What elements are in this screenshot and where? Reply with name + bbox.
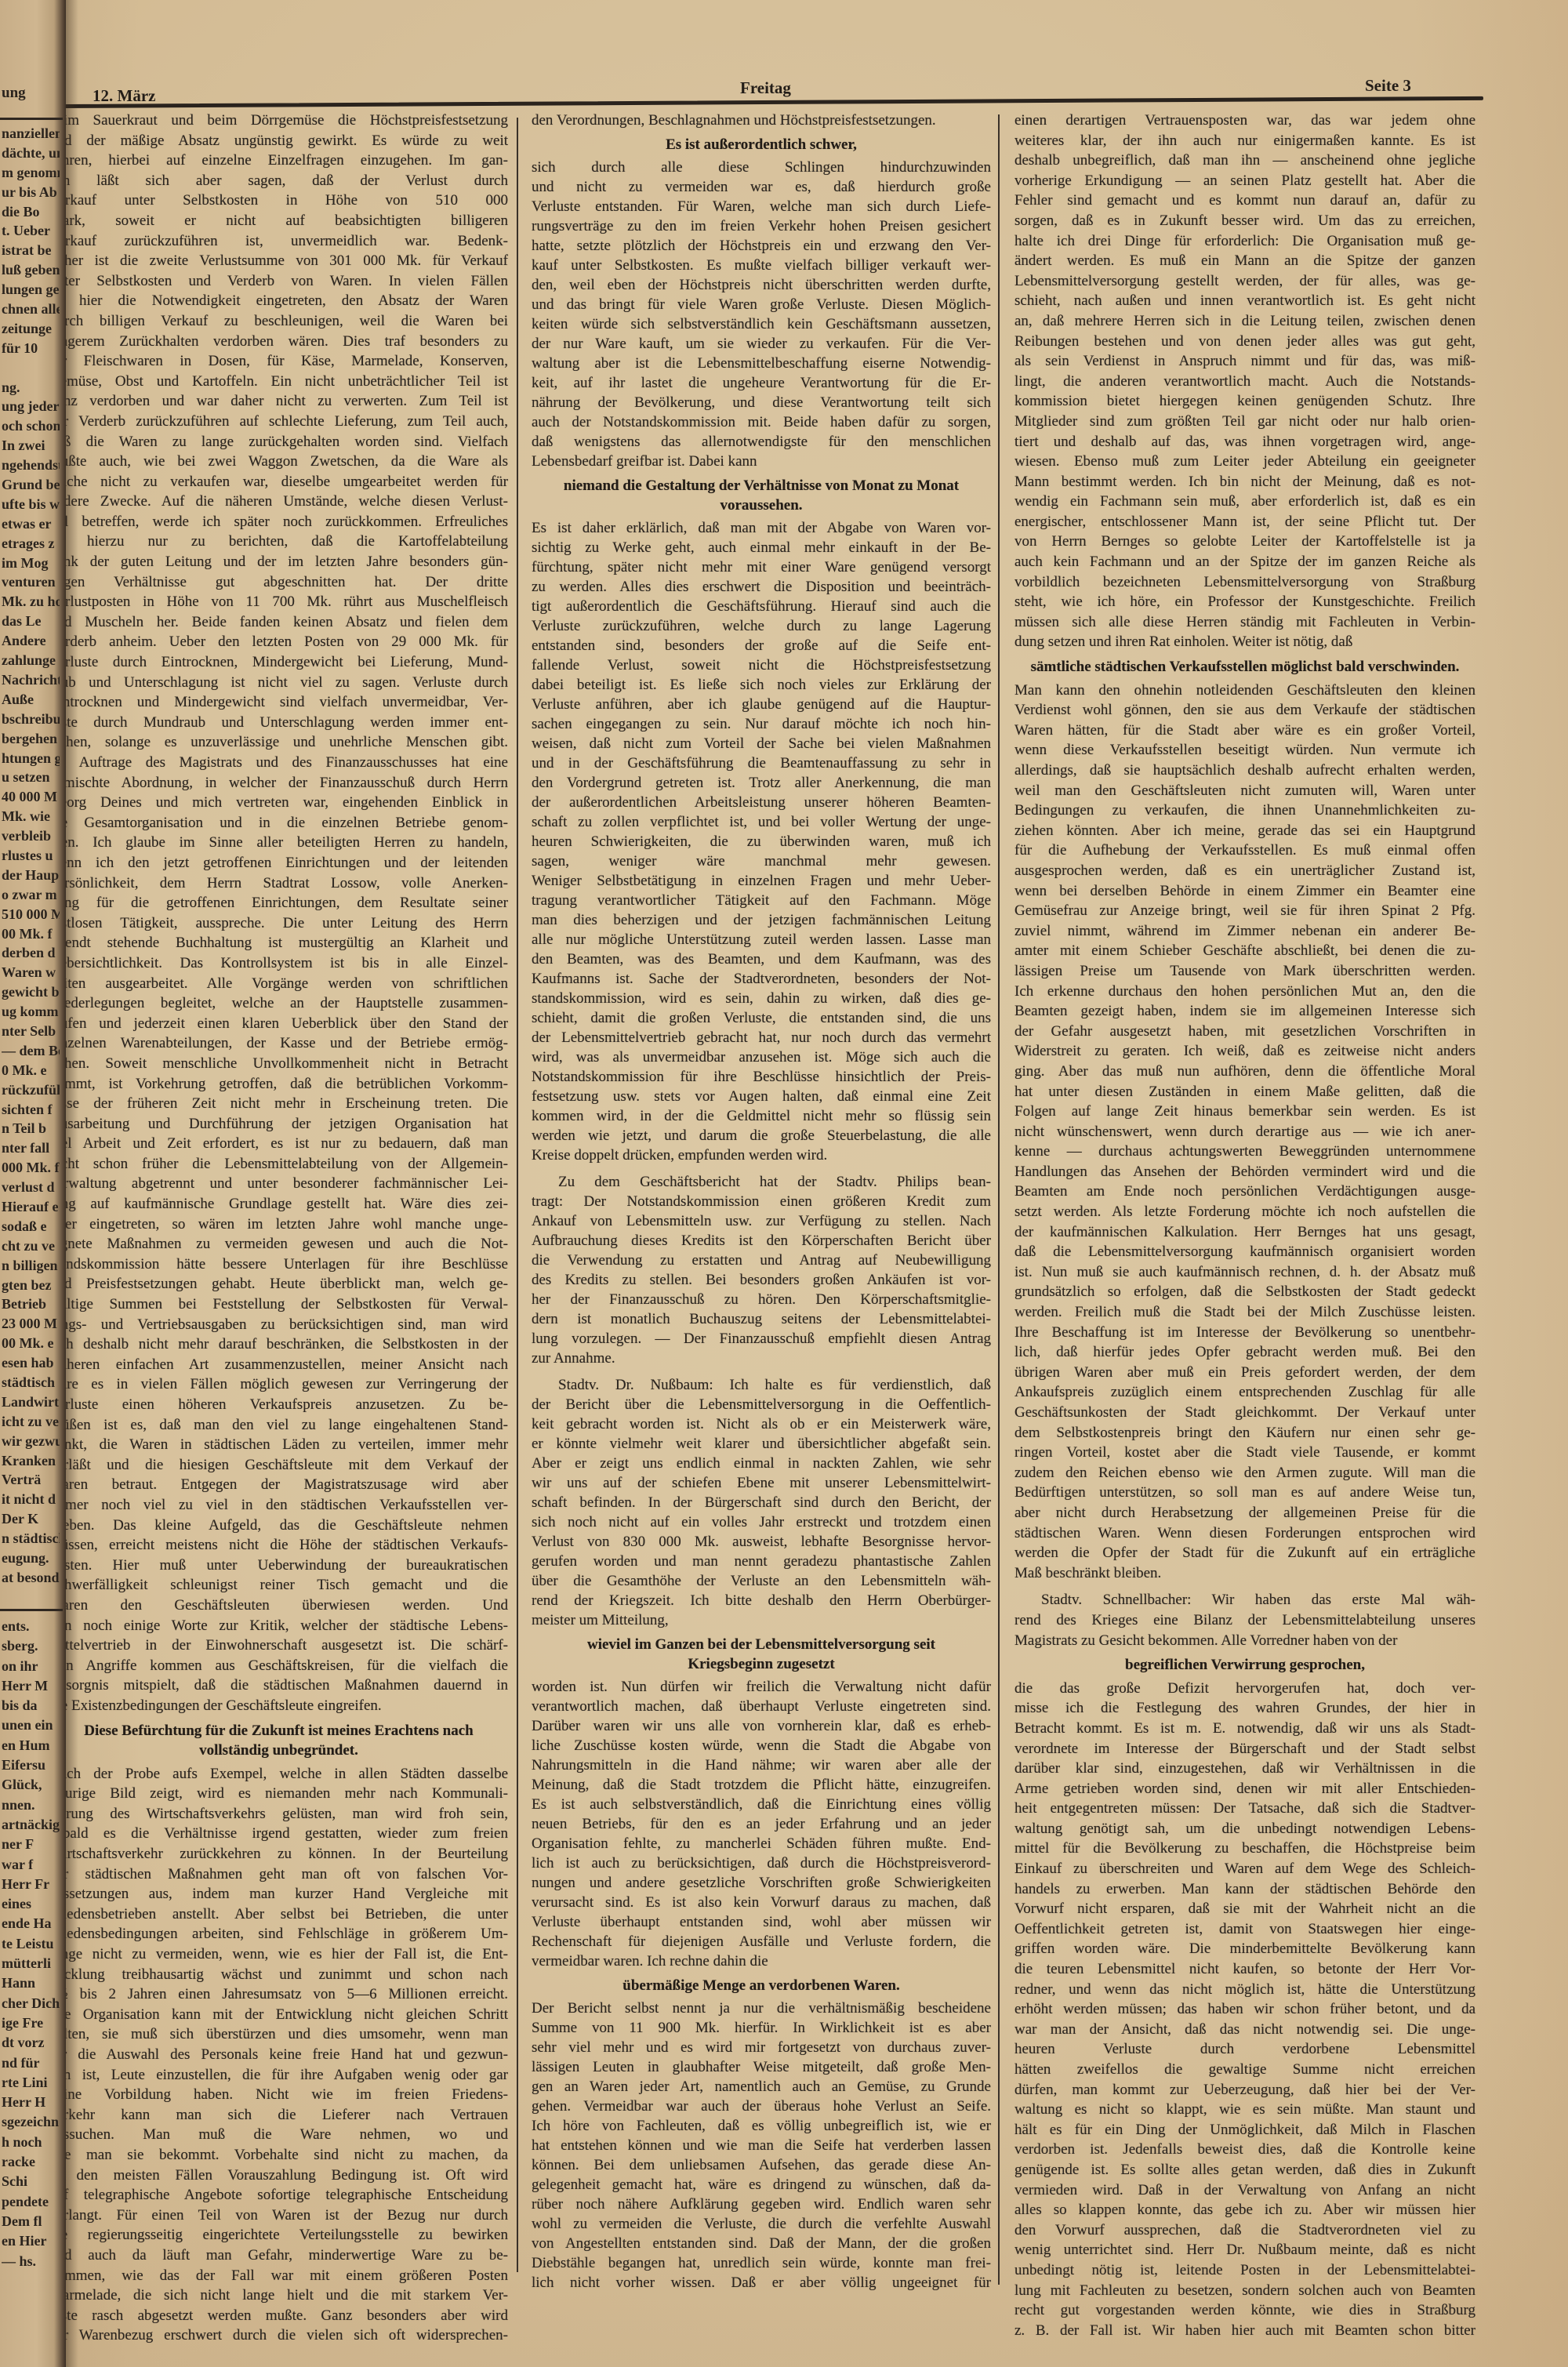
text-line: sich noch nicht auf ein volles Jahr erst… xyxy=(532,1512,991,1532)
text-line: wicklung treibhausartig wächst und zunim… xyxy=(49,1965,508,1985)
text-line: Gemüsefrau zur Anzeige bringt, weil sie … xyxy=(1014,901,1475,921)
text-line: und das bringt für viele Waren große Ver… xyxy=(532,295,991,314)
column-divider-1 xyxy=(517,118,518,2272)
fragment-line: racke xyxy=(2,2152,60,2172)
text-line: ist. Nun muß sie auch kaufmännisch rechn… xyxy=(1014,1262,1475,1283)
text-line: waltung es nicht so klappt, wie es sein … xyxy=(1014,2100,1475,2120)
text-line: waltung genötigt sah, um die unbedingt n… xyxy=(1014,1819,1475,1839)
text-line: gelegenheit gemacht hat, wäre es dringen… xyxy=(532,2175,991,2195)
text-line: Im Auftrage des Magistrats und des Finan… xyxy=(49,753,508,773)
fragment-line: en Hier xyxy=(2,2231,60,2251)
text-line: grundsätzlich so erfolgen, daß die Selbs… xyxy=(1014,1282,1475,1302)
text-line: Maß beschränkt bleiben. xyxy=(1014,1563,1475,1584)
page-number: Seite 3 xyxy=(1365,76,1411,96)
fragment-line: ung jeder xyxy=(2,397,60,416)
text-line: keit gebracht worden ist. Nicht als ob e… xyxy=(532,1414,991,1434)
binding-fold-shadow xyxy=(66,0,78,2367)
text-line: längerem Zurückhalten verdorben wären. D… xyxy=(49,332,508,352)
fragment-line: artnäckig xyxy=(2,1815,60,1835)
fragment-line: pendete xyxy=(2,2192,60,2212)
text-line: kommen, wie das der Fall war mit einem g… xyxy=(49,2266,508,2286)
fragment-line: 510 000 M xyxy=(2,905,60,924)
fragment-line: sichten f xyxy=(2,1100,60,1120)
fragment-line: 40 000 M xyxy=(2,787,60,807)
text-line: der nur Ware kauft, um sie wieder zu ver… xyxy=(532,334,991,354)
text-line: tung auf kaufmännische Grundlage gestell… xyxy=(49,1194,508,1214)
text-line: sachen eingegangen zu sein. Nur darauf m… xyxy=(532,714,991,734)
text-line: vermeidbar waren. Ich rechne dahin die xyxy=(532,1951,991,1971)
fragment-line: verlust d xyxy=(2,1178,60,1197)
text-line: ganz verdorben und war daher nicht zu ve… xyxy=(49,391,508,412)
text-line: wenig unterrichtet sind. Herr Dr. Nußbau… xyxy=(1014,2240,1475,2260)
text-line: rend der Kriegszeit. Ich bitte deshalb d… xyxy=(532,1591,991,1610)
fragment-line: 000 Mk. f xyxy=(2,1158,60,1178)
block-lines: begreiflichen Verwirrung gesprochen, xyxy=(1014,1655,1475,1675)
text-line: z. B. der Fall ist. Wir haben hier auch … xyxy=(1014,2321,1475,2341)
text-line: nicht wünschenswert, wenn durch derartig… xyxy=(1014,1122,1475,1142)
text-line: verordnete im Interesse der Bürgerschaft… xyxy=(1014,1739,1475,1759)
paragraph: Zu dem Geschäftsbericht hat der Stadtv. … xyxy=(532,1172,991,1368)
text-line: kenne — durchaus achtungswerten Beweggrü… xyxy=(1014,1142,1475,1162)
text-line: und der mäßige Absatz ungünstig gewirkt.… xyxy=(49,131,508,151)
text-line: Nahrungsmitteln in die Hand nähme; wir w… xyxy=(532,1755,991,1775)
text-line: daß wenigstens das allernotwendigste für… xyxy=(532,432,991,452)
text-line: tiger eingetreten, so wären im letzten J… xyxy=(49,1214,508,1235)
text-line: den Vordergrund getreten ist. Trotz alle… xyxy=(532,773,991,793)
text-line: Verkauf unter Selbstkosten in Höhe von 5… xyxy=(49,191,508,211)
text-line: Verluste zurückzuführen, welche durch zu… xyxy=(532,616,991,636)
text-line: können. Bei dem unliebsamen Aufsehen, da… xyxy=(532,2155,991,2175)
fragment-line: lungen ge xyxy=(2,280,60,300)
text-line: Georg Deines und mich vertreten war, ein… xyxy=(49,793,508,813)
text-line: sierung des Wirtschaftsverkehrs gelüsten… xyxy=(49,1804,508,1824)
fragment-line: derben d xyxy=(2,943,60,963)
text-line: keiten würde sich selbstverständlich kei… xyxy=(532,314,991,334)
text-line: sich deshalb nicht mehr darauf beschränk… xyxy=(49,1334,508,1355)
text-line: Verkauf zurückzuführen ist, unvermeidlic… xyxy=(49,231,508,252)
text-line: schieht, damit die großen Verluste, die … xyxy=(532,1008,991,1028)
column-divider-2 xyxy=(998,114,1000,2285)
fragment-line: eugung. xyxy=(2,1548,60,1568)
text-line: heuren Schwierigkeiten, die zu überwinde… xyxy=(532,832,991,851)
text-line: Bedingungen zu verkaufen, die ihnen Unan… xyxy=(1014,800,1475,821)
text-line: vorherige Erkundigung — an seinen Platz … xyxy=(1014,171,1475,191)
text-line: ändert werden. Es muß ein Mann an die Sp… xyxy=(1014,251,1475,271)
text-line: handels zu erwerben. Man kann der städti… xyxy=(1014,1879,1475,1900)
fragment-line: ug komm xyxy=(2,1002,60,1022)
text-line: wir uns auf der schiefen Ebene mit unser… xyxy=(532,1473,991,1493)
adjacent-page-header-fragment: ung xyxy=(2,85,26,102)
fragment-line: Betrieb xyxy=(2,1294,60,1314)
subheading: wieviel im Ganzen bei der Lebensmittelve… xyxy=(532,1635,991,1674)
text-line: tragt: Der Notstandskommission einen grö… xyxy=(532,1192,991,1211)
text-line: werden wie jetzt, und darum die große St… xyxy=(532,1126,991,1145)
fragment-line: ur bis Ab xyxy=(2,183,60,202)
paragraph: Es ist daher erklärlich, daß man mit der… xyxy=(532,518,991,1165)
text-line: steht, wie ich höre, ein Professor der K… xyxy=(1014,592,1475,612)
fragment-line: für 10 xyxy=(2,339,60,358)
text-line: den Beamten, was des Beamten, und dem Ka… xyxy=(532,949,991,969)
fragment-line: eines xyxy=(2,1894,60,1914)
text-line: tungs- und Vertriebsausgaben zu berücksi… xyxy=(49,1315,508,1335)
text-line: sobald es die Verhältnisse irgend gestat… xyxy=(49,1824,508,1844)
fragment-line: m genomm xyxy=(2,163,60,183)
text-line: sämtliche städtischen Verkaufsstellen mö… xyxy=(1014,657,1475,677)
text-line: und Preisfestsetzungen gehabt. Heute übe… xyxy=(49,1274,508,1294)
text-line: lich ist auch zu berücksichtigen, daß du… xyxy=(532,1853,991,1873)
text-line: hat unter diesen Zuständen in einem Maße… xyxy=(1014,1082,1475,1102)
text-line: neuen Betriebs, für den es an jeder Erfa… xyxy=(532,1814,991,1834)
text-line: ausgesprochen werden, daß es ein unerträ… xyxy=(1014,861,1475,881)
block-lines: den Verordnungen, Beschlagnahmen und Höc… xyxy=(532,111,991,130)
weekday: Freitag xyxy=(740,78,791,98)
text-line: die teuren Lebensmittel nicht kaufen, so… xyxy=(1014,1959,1475,1980)
text-line: stehen, solange es unzuverlässige und un… xyxy=(49,732,508,753)
text-line: Handlungen das Ansehen der Behörden verm… xyxy=(1014,1162,1475,1182)
text-line: Verlust von 830 000 Mk. ausweist, lebhaf… xyxy=(532,1532,991,1552)
text-line: voraussehen. xyxy=(532,496,991,515)
text-line: Verluste überhaupt entstanden sind, wohl… xyxy=(532,1912,991,1932)
text-line: Diebstähle begangen hat, unredlich sein … xyxy=(532,2253,991,2273)
block-lines: Zu dem Geschäftsbericht hat der Stadtv. … xyxy=(532,1172,991,1368)
text-line: misse ich die Festlegung des wahren Grun… xyxy=(1014,1698,1475,1719)
text-line: verantwortlich machen, daß überhaupt Ver… xyxy=(532,1697,991,1716)
adjacent-page-section-rule xyxy=(0,1609,63,1611)
text-line: die Gesamtorganisation und in die einzel… xyxy=(49,813,508,833)
text-line: Verluste anführen, aber ich glaube genüg… xyxy=(532,695,991,714)
text-line: laufen und jederzeit einen klaren Ueberb… xyxy=(49,1014,508,1034)
text-line: verdorben ist. Jedenfalls beweist dies, … xyxy=(1014,2140,1475,2160)
text-line: rüber noch nähere Aufklärung gegeben wir… xyxy=(532,2195,991,2214)
text-line: Eintrocknen und Mindergewicht sind vielf… xyxy=(49,692,508,713)
text-line: Der Bericht selbst nennt ja nur die verh… xyxy=(532,1999,991,2018)
fragment-line: at besond xyxy=(2,1568,60,1588)
fragment-line: Herr M xyxy=(2,1676,60,1696)
paragraph: einen derartigen Vertrauensposten war, d… xyxy=(1014,111,1475,652)
text-line: Verluste durch Eintrocknen, Mindergewich… xyxy=(49,652,508,673)
text-line: fürchtung, später nicht mehr mit einer W… xyxy=(532,557,991,577)
text-line: daß die Waren zu lange zurückgehalten wo… xyxy=(49,432,508,452)
text-line: genügende ist. Es sollte alles getan wer… xyxy=(1014,2160,1475,2180)
text-line: sorgen, daß es in Zukunft besser wird. U… xyxy=(1014,211,1475,231)
fragment-line: Mk. zu ho xyxy=(2,592,60,612)
text-line: den, weil eben der Höchstpreis nicht übe… xyxy=(532,275,991,295)
text-line: der Verderb zurückzuführen auf schlechte… xyxy=(49,412,508,432)
text-line: den Verordnungen, Beschlagnahmen und Höc… xyxy=(532,111,991,130)
text-line: wenn ich den jetzt getroffenen Einrichtu… xyxy=(49,853,508,873)
text-line: übermäßige Menge an verdorbenen Waren. xyxy=(532,1976,991,1995)
text-line: keine Vorbildung haben. Nicht wie im fre… xyxy=(49,2085,508,2105)
text-line: hatte, setzte plötzlich der Höchstpreis … xyxy=(532,236,991,256)
adjacent-page-upper-text: nanziellendächte, unm genommur bis Abdie… xyxy=(2,124,60,1588)
fragment-line: rlustes u xyxy=(2,846,60,866)
paragraph: Stadtv. Schnellbacher: Wir haben das ers… xyxy=(1014,1590,1475,1650)
text-line: der städtischen Maßnahmen geht man oft v… xyxy=(49,1864,508,1885)
fragment-line: nter Selb xyxy=(2,1022,60,1041)
paragraph: Der Bericht selbst nennt ja nur die verh… xyxy=(532,1999,991,2293)
block-lines: sämtliche städtischen Verkaufsstellen mö… xyxy=(1014,657,1475,677)
text-line: Betracht kommt. Es ist m. E. notwendig, … xyxy=(1014,1719,1475,1739)
fragment-line: Andere xyxy=(2,631,60,651)
paragraph: Nach der Probe aufs Exempel, welche in a… xyxy=(49,1764,508,2346)
text-line: sten Angriffe kommen aus Geschäftskreise… xyxy=(49,1656,508,1676)
text-line: über die Gesamthöhe der Verluste an den … xyxy=(532,1571,991,1591)
text-line: nicht schon früher die Lebensmittelabtei… xyxy=(49,1154,508,1174)
fragment-line: t. Ueber xyxy=(2,221,60,241)
text-line: tragung verantwortlicher Tätigkeit auf d… xyxy=(532,891,991,910)
block-lines: Diese Befürchtung für die Zukunft ist me… xyxy=(49,1721,508,1761)
text-line: Weniger Selbstbetätigung in einzelnen Fr… xyxy=(532,871,991,891)
text-line: luste rasch abgesetzt werden mußte. Ganz… xyxy=(49,2306,508,2326)
fragment-line: te Leistu xyxy=(2,1934,60,1954)
fragment-line: 00 Mk. f xyxy=(2,924,60,944)
text-line: gen ist, Leute einzustellen, die für ihr… xyxy=(49,2065,508,2086)
text-line: Waren hätten, für die Stadt aber wäre es… xyxy=(1014,721,1475,741)
text-line: zen läßt sich aber sagen, daß der Verlus… xyxy=(49,171,508,191)
text-line: Es ist daher erklärlich, daß man mit der… xyxy=(532,518,991,538)
text-line: wie man sie bekommt. Vorbehalte sind nic… xyxy=(49,2145,508,2166)
text-line: 1½ bis 2 Jahren einen Jahresumsatz von 5… xyxy=(49,1984,508,2005)
adjacent-page-rule xyxy=(0,118,63,120)
text-line: nung für die getroffenen Einrichtungen, … xyxy=(49,893,508,913)
text-line: einzelnen Warenabteilungen, der Kasse un… xyxy=(49,1033,508,1054)
fragment-line: Eifersu xyxy=(2,1755,60,1775)
paragraph: Stadtv. Dr. Nußbaum: Ich halte es für ve… xyxy=(532,1375,991,1630)
text-line: Aber er zeigt uns endlich einmal in nack… xyxy=(532,1454,991,1473)
text-line: Gemüse, Obst und Kartoffeln. Ein nicht u… xyxy=(49,372,508,392)
text-line: Uebersichtlichkeit. Das Kontrollsystem i… xyxy=(49,953,508,974)
fragment-line: war f xyxy=(2,1855,60,1875)
subheading: übermäßige Menge an verdorbenen Waren. xyxy=(532,1976,991,1995)
text-line: darüber klar sind, einzugestehen, daß wi… xyxy=(1014,1759,1475,1779)
text-line: keit, auf ihr lastet die ungeheure Veran… xyxy=(532,373,991,393)
text-line: Waren den Geschäftsleuten überwiesen wer… xyxy=(49,1596,508,1616)
text-line: die regierungsseitig eingerichtete Verte… xyxy=(49,2225,508,2245)
fragment-line: on ihr xyxy=(2,1657,60,1676)
text-line: dem Selbstkostenpreis bringt den Käufern… xyxy=(1014,1423,1475,1443)
text-line: daß die Lebensmittelversorgung kaufmänni… xyxy=(1014,1242,1475,1262)
text-line: gen an Waren jeder Art, namentlich auch … xyxy=(532,2077,991,2097)
article-column-2: den Verordnungen, Beschlagnahmen und Höc… xyxy=(532,111,991,2293)
text-line: wird, was als unvermeidbar anzusehen ist… xyxy=(532,1047,991,1067)
text-line: Es ist auch selbstverständlich, daß die … xyxy=(532,1795,991,1814)
text-line: verläßt und die hiesigen Geschäftsleute … xyxy=(49,1455,508,1476)
text-line: die Verwendung zu erstatten und Antrag a… xyxy=(532,1251,991,1270)
text-line: dürfen, man kommt zur Ueberzeugung, daß … xyxy=(1014,2080,1475,2100)
fragment-line: Herr H xyxy=(2,2093,60,2112)
fragment-line: o zwar m xyxy=(2,885,60,905)
fragment-line: Nachricht xyxy=(2,670,60,690)
text-line: durch billigen Verkauf zu beschleunigen,… xyxy=(49,311,508,332)
text-line: von Angestellten entstanden sind. Daß de… xyxy=(532,2234,991,2253)
text-line: der Bericht über die Lebensmittelversorg… xyxy=(532,1395,991,1414)
fragment-line: ents. xyxy=(2,1617,60,1636)
adjacent-page-lower-text: ents.sberg.on ihrHerr Mbis daunen einen … xyxy=(2,1617,60,2271)
header-rule xyxy=(64,96,1483,108)
fragment-line: esen hab xyxy=(2,1353,60,1373)
block-lines: Es ist außerordentlich schwer, xyxy=(532,135,991,154)
text-line: heuren Verluste durch verdorbene Lebensm… xyxy=(1014,2039,1475,2060)
text-line: Mann bestimmt werden. Ich bin nicht der … xyxy=(1014,472,1475,492)
fragment-line: ner F xyxy=(2,1835,60,1854)
block-lines: Stadtv. Dr. Nußbaum: Ich halte es für ve… xyxy=(532,1375,991,1630)
text-line: Stadtv. Dr. Nußbaum: Ich halte es für ve… xyxy=(532,1375,991,1395)
text-line: hält es für ein Ding der Unmöglichkeit, … xyxy=(1014,2120,1475,2140)
text-line: früheren einfachen Art zusammenzustellen… xyxy=(49,1355,508,1375)
subheading: Es ist außerordentlich schwer, xyxy=(532,135,991,154)
text-line: gerufen worden und man nennt geradezu ph… xyxy=(532,1552,991,1571)
text-line: wendig ein Fachmann sein muß, aber erfor… xyxy=(1014,492,1475,512)
fragment-line: en Hum xyxy=(2,1736,60,1755)
text-line: festsetzung usw. stets vor Augen halten,… xyxy=(532,1087,991,1106)
text-line: Ankauf von Lebensmitteln usw. zur Verfüg… xyxy=(532,1211,991,1231)
text-line: grüßen ist es, daß man den viel zu lange… xyxy=(49,1415,508,1436)
fragment-line: Glück, xyxy=(2,1775,60,1795)
text-line: recht gut vorgestanden werden könnte, wi… xyxy=(1014,2300,1475,2321)
text-line: Fehler sind gemacht und es kommt nun dar… xyxy=(1014,191,1475,211)
text-line: rastlosen Tätigkeit, ausspreche. Die unt… xyxy=(49,913,508,934)
fragment-line: sodaß e xyxy=(2,1217,60,1236)
text-line: Reibungen bestehen und von denen jeder a… xyxy=(1014,332,1475,352)
fragment-line: htungen g xyxy=(2,749,60,768)
text-line: eignete Maßnahmen zu vermeiden gewesen u… xyxy=(49,1234,508,1254)
text-line: Magistrats zu Gesicht bekommen. Alle Vor… xyxy=(1014,1631,1475,1651)
text-line: Man kann den ohnehin notleidenden Geschä… xyxy=(1014,681,1475,701)
fragment-line: luß geben xyxy=(2,260,60,280)
fragment-line: 23 000 M xyxy=(2,1314,60,1334)
fragment-line: och schon xyxy=(2,416,60,436)
text-line: verursacht sind. Es ist also kein Vorwur… xyxy=(532,1893,991,1912)
text-line: raub und Unterschlagung ist nicht viel z… xyxy=(49,673,508,693)
fragment-line: im Mog xyxy=(2,554,60,573)
text-line: tigt außerordentlich die Geschäftsführun… xyxy=(532,597,991,616)
text-line: teil betreffen, werde ich später noch zu… xyxy=(49,512,508,532)
text-line: Verluste entstanden. Für Waren, welche m… xyxy=(532,197,991,216)
text-line: schieht, nach außen und innen verantwort… xyxy=(1014,291,1475,311)
text-line: kosten. Hier muß unter Ueberwindung der … xyxy=(49,1556,508,1576)
fragment-line: Hann xyxy=(2,1973,60,1993)
block-lines: sich durch alle diese Schlingen hindurch… xyxy=(532,158,991,471)
text-line: standskommission hätte bessere Unterlage… xyxy=(49,1254,508,1275)
text-line: zudem den Reichen ebenso wie den Armen z… xyxy=(1014,1463,1475,1483)
fragment-line: Der K xyxy=(2,1509,60,1529)
text-line: Einkauf zu überschreiten und Waren auf d… xyxy=(1014,1859,1475,1879)
text-line: liche Zuschüsse kosten würde, wenn die S… xyxy=(532,1736,991,1755)
text-line: Kaufmanns ist. Sache der Stadtverordnete… xyxy=(532,969,991,989)
text-line: sich durch alle diese Schlingen hindurch… xyxy=(532,158,991,177)
paragraph: worden ist. Nun dürfen wir freilich die … xyxy=(532,1677,991,1971)
adjacent-page-strip: ung nanziellendächte, unm genommur bis A… xyxy=(0,0,66,2367)
text-line: in den meisten Fällen Vorauszahlung Bedi… xyxy=(49,2166,508,2186)
text-line: trieben. Das kleine Aufgeld, das die Ges… xyxy=(49,1516,508,1536)
text-line: rend des Krieges eine Bilanz der Lebensm… xyxy=(1014,1610,1475,1631)
subheading: niemand die Gestaltung der Verhältnisse … xyxy=(532,476,991,515)
fragment-line: u setzen xyxy=(2,768,60,787)
subheading: sämtliche städtischen Verkaufsstellen mö… xyxy=(1014,657,1475,677)
text-line: Ich höre von Fachleuten, daß es völlig u… xyxy=(532,2116,991,2136)
text-line: halten, sie muß sich überstürzen und die… xyxy=(49,2024,508,2045)
fragment-line: Verträ xyxy=(2,1470,60,1490)
text-line: her der Finanzausschuß zu hören. Den Kör… xyxy=(532,1290,991,1309)
text-line: erhöht werden müssen; das haben wir scho… xyxy=(1014,1999,1475,2020)
paragraph: den Verordnungen, Beschlagnahmen und Höc… xyxy=(532,111,991,130)
text-line: viel Arbeit und Zeit erfordert, es ist n… xyxy=(49,1134,508,1154)
fragment-line: nanziellen xyxy=(2,124,60,143)
text-line: vollständig unbegründet. xyxy=(49,1741,508,1761)
text-line: Verderb anheim. Ueber den letzten Posten… xyxy=(49,632,508,652)
fragment-line: n Teil b xyxy=(2,1119,60,1138)
text-line: lung mit Fachleuten zu besetzen, sondern… xyxy=(1014,2281,1475,2301)
text-line: Nach der Probe aufs Exempel, welche in a… xyxy=(49,1764,508,1784)
text-line: Mark, soweit er nicht auf beabsichtigten… xyxy=(49,211,508,231)
block-lines: beim Sauerkraut und beim Dörrgemüse die … xyxy=(49,111,508,1716)
fragment-line: bis da xyxy=(2,1696,60,1715)
block-lines: die das große Defizit hervorgerufen hat,… xyxy=(1014,1679,1475,2341)
text-line: nungen und andere gesetzliche Vorschrift… xyxy=(532,1873,991,1893)
article-column-3: einen derartigen Vertrauensposten war, d… xyxy=(1014,111,1475,2340)
fragment-line: ngehendst xyxy=(2,456,60,475)
text-line: der außerordentlichen Arbeitsleistung un… xyxy=(532,793,991,812)
text-line: für die Auswahl des Personals keine frei… xyxy=(49,2045,508,2065)
text-line: worden ist. Nun dürfen wir freilich die … xyxy=(532,1677,991,1697)
text-line: Diese Befürchtung für die Zukunft ist me… xyxy=(49,1721,508,1741)
text-line: hat entstehen können und wie man die Sei… xyxy=(532,2136,991,2155)
text-line: der kaufmännischen Kalkulation. Herr Ber… xyxy=(1014,1222,1475,1243)
fragment-line: zeitunge xyxy=(2,319,60,339)
fragment-line: venturen xyxy=(2,572,60,592)
block-lines: übermäßige Menge an verdorbenen Waren. xyxy=(532,1976,991,1995)
text-line: sehr viel mehr und es wird mir fortgeset… xyxy=(532,2038,991,2057)
text-line: schaft zu zollen verpflichtet ist, und b… xyxy=(532,812,991,832)
text-line: setzt werden. Als letzte Forderung möcht… xyxy=(1014,1202,1475,1222)
text-line: der Gefahr ausgesetzt haben, mit gesetzl… xyxy=(1014,1022,1475,1042)
fragment-line: chnen alle xyxy=(2,300,60,319)
text-line: und Muscheln her. Beide fanden keinen Ab… xyxy=(49,612,508,633)
text-line: die das große Defizit hervorgerufen hat,… xyxy=(1014,1679,1475,1699)
block-lines: worden ist. Nun dürfen wir freilich die … xyxy=(532,1677,991,1971)
fragment-line: etrages z xyxy=(2,534,60,554)
block-lines: Man kann den ohnehin notleidenden Geschä… xyxy=(1014,681,1475,1584)
text-line: lässigen Leuten in glaubhafter Weise mit… xyxy=(532,2057,991,2077)
text-line: müssen, erreicht meistens nicht die Höhe… xyxy=(49,1535,508,1556)
text-line: Die Organisation kann mit der Entwicklun… xyxy=(49,2005,508,2025)
fragment-line: cher Dich xyxy=(2,1994,60,2013)
text-line: Folgen auf lange Zeit hinaus bemerkbar s… xyxy=(1014,1102,1475,1122)
text-line: Lebensbedarf greifbar ist. Dabei kann xyxy=(532,452,991,471)
text-line: alle nur mögliche Unterstützung zuteil w… xyxy=(532,930,991,949)
text-line: Mitglieder sind zum größten Teil gar nic… xyxy=(1014,412,1475,432)
text-line: kommt, ist Vorkehrung getroffen, daß die… xyxy=(49,1074,508,1095)
text-line: Summe von 11 900 Mk. hierfür. In Wirklic… xyxy=(532,2018,991,2038)
text-line: aber nicht durch Herabsetzung der allgem… xyxy=(1014,1503,1475,1523)
text-line: punkt, die Waren in städtischen Läden zu… xyxy=(49,1435,508,1455)
text-line: andere Zwecke. Auf die näheren Umstände,… xyxy=(49,492,508,512)
text-line: Waren betraut. Entgegen der Magistratszu… xyxy=(49,1475,508,1495)
text-line: mußte auch, wie bei zwei Waggon Zwetsche… xyxy=(49,452,508,472)
fragment-line: nter fall xyxy=(2,1138,60,1158)
text-line: kommen wird, in der die Geldmittel nicht… xyxy=(532,1106,991,1126)
text-line: lingt, die anderen verantwortlich macht.… xyxy=(1014,372,1475,392)
fragment-line: etwas er xyxy=(2,514,60,534)
text-line: amter mit einem Schieber Geschäfte absch… xyxy=(1014,941,1475,961)
text-line: Schwerfälligkeit schleunigst reiner Tisc… xyxy=(49,1575,508,1596)
fragment-line: rte Lini xyxy=(2,2073,60,2093)
text-line: lich, daß hierfür jedes Opfer gebracht w… xyxy=(1014,1342,1475,1363)
text-line: Aufbrauchung dieses Kredits ist den Körp… xyxy=(532,1231,991,1251)
fragment-line xyxy=(2,358,60,378)
text-line: heit entgegentreten müssen: Der Tatsache… xyxy=(1014,1799,1475,1819)
text-line: Notstandskommission für ihre Beschlüsse … xyxy=(532,1067,991,1087)
